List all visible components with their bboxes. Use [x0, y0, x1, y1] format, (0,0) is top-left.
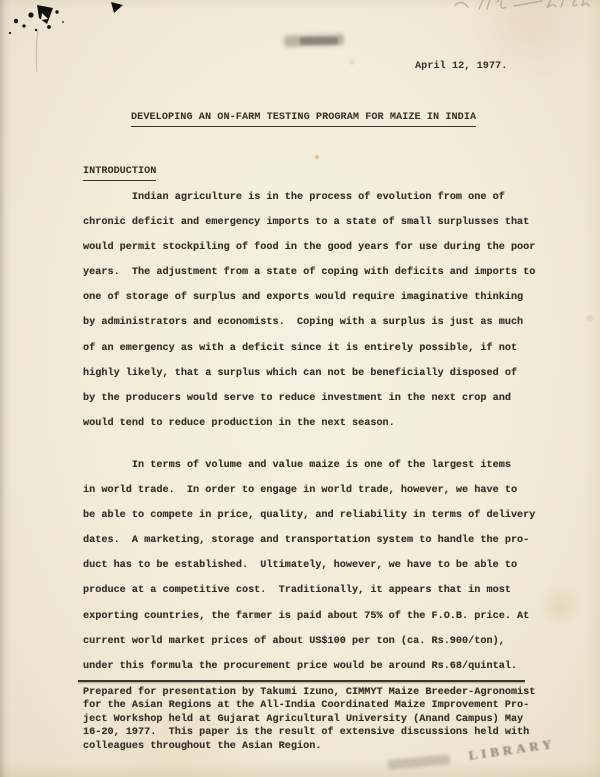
scanned-document-page: April 12, 1977. DEVELOPING AN ON-FARM TE… — [0, 0, 600, 777]
stamp-smear — [388, 754, 451, 769]
paragraph-2: In terms of volume and value maize is on… — [83, 453, 569, 679]
section-heading: INTRODUCTION — [83, 165, 156, 181]
document-title: DEVELOPING AN ON-FARM TESTING PROGRAM FO… — [131, 111, 476, 127]
footnote-separator-line — [78, 680, 525, 682]
ink-blot-marks — [0, 0, 140, 110]
document-date: April 12, 1977. — [415, 60, 507, 74]
smudged-stamp-core — [300, 37, 338, 45]
pencil-handwriting-icon — [450, 0, 600, 15]
paragraph-1: Indian agriculture is in the process of … — [83, 185, 569, 436]
